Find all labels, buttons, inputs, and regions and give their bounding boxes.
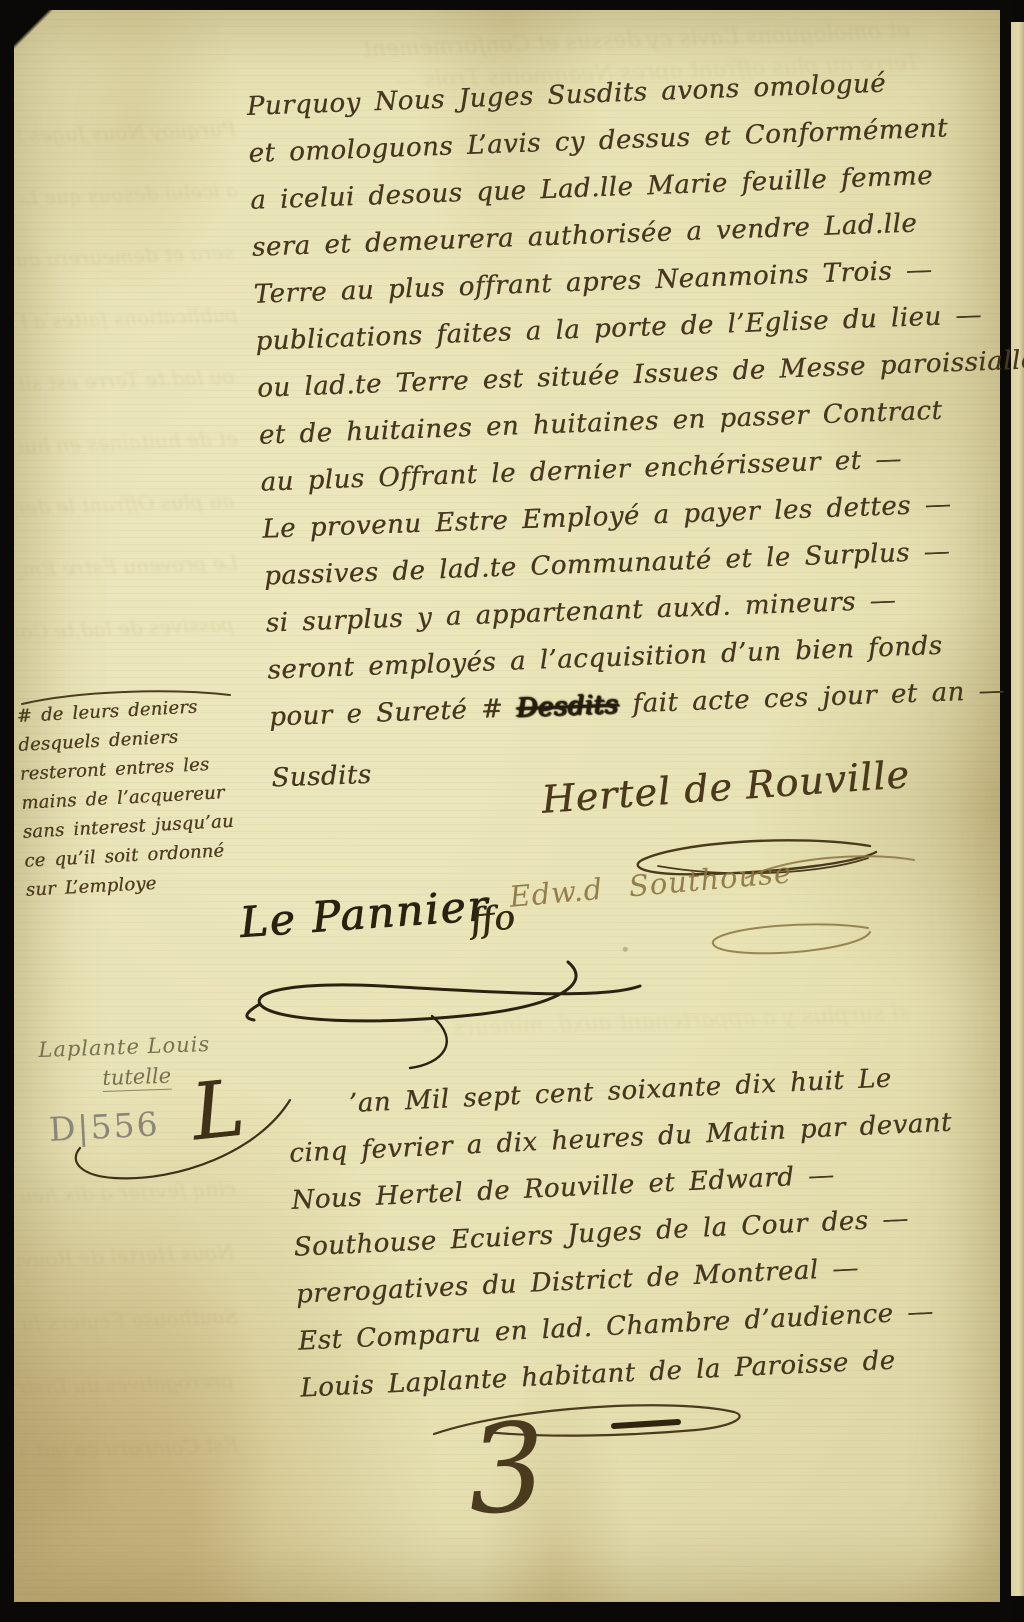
scan-corner-shadow	[14, 10, 92, 64]
page-numeral: 3	[464, 1396, 549, 1542]
decorated-initial: L	[187, 1064, 248, 1159]
attestation-pre: pour e Sureté #	[269, 693, 518, 732]
main-text-paragraph-2: ’an Mil sept cent soixante dix huit Le c…	[286, 1053, 964, 1413]
main-text-paragraph-1: Purquoy Nous Juges Susdits avons omologu…	[246, 55, 1024, 802]
attestation-post: fait acte ces jour et an —	[618, 676, 1005, 720]
margin-note: # de leurs deniers desquels deniers rest…	[16, 691, 238, 905]
scanned-manuscript: { "document": { "paragraph1": { "lines":…	[0, 0, 1024, 1622]
pannier-paraph-mark: ffo	[468, 897, 516, 941]
pencil-reference-number: D|556	[48, 1104, 160, 1149]
struck-out-word: Desdits	[516, 690, 619, 724]
pencil-attribution-word: tutelle	[102, 1064, 172, 1092]
